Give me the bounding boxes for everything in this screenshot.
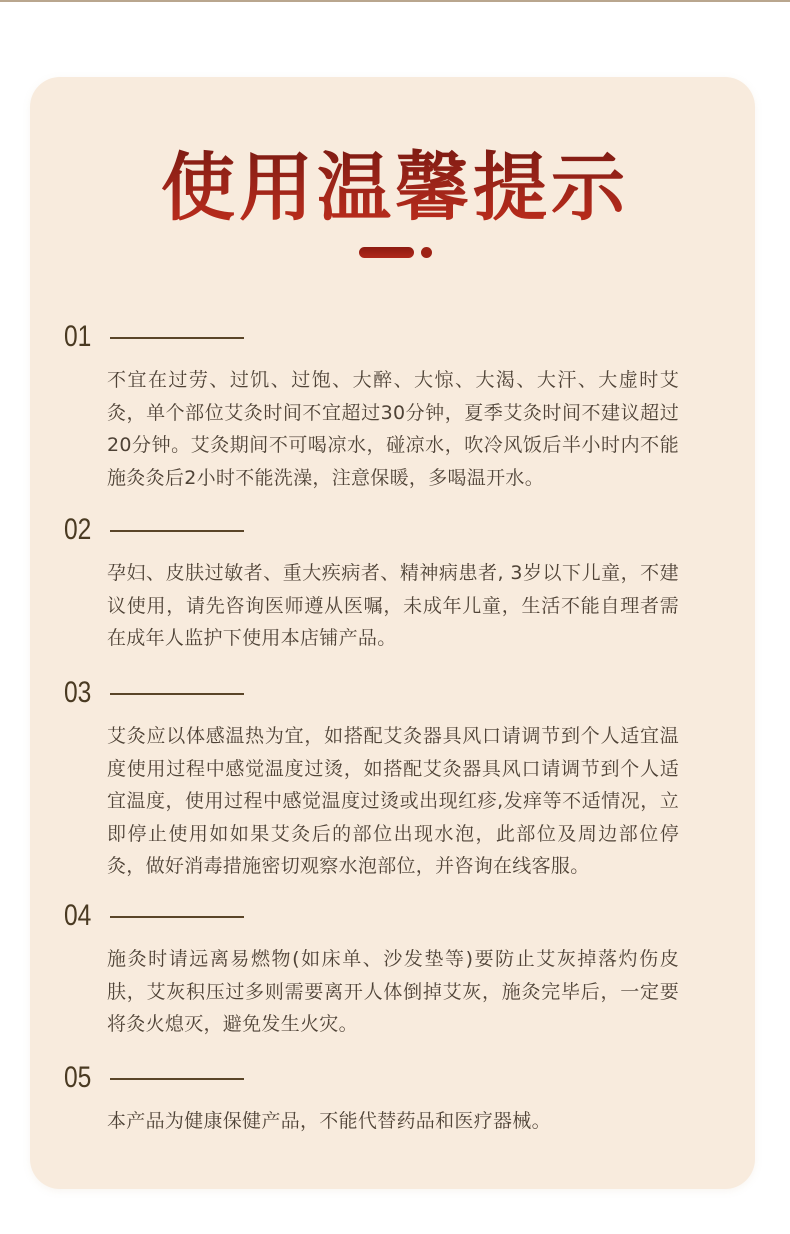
- tip-rule: [110, 337, 244, 339]
- page-title: 使用温馨提示: [0, 143, 790, 233]
- tip-header: 02: [64, 513, 684, 547]
- tip-number: 04: [64, 899, 91, 933]
- tip-header: 04: [64, 899, 684, 933]
- tip-rule: [110, 693, 244, 695]
- tip-text: 不宜在过劳、过饥、过饱、大醉、大惊、大渴、大汗、大虚时艾灸，单个部位艾灸时间不宜…: [107, 364, 679, 494]
- tip-number: 05: [64, 1061, 91, 1095]
- tip-header: 03: [64, 676, 684, 710]
- tip-header: 01: [64, 320, 684, 354]
- tip-rule: [110, 530, 244, 532]
- decoration-dot-icon: [421, 247, 432, 258]
- tip-text: 施灸时请远离易燃物(如床单、沙发垫等)要防止艾灰掉落灼伤皮肤，艾灰积压过多则需要…: [107, 943, 679, 1041]
- tip-item-02: 02 孕妇、皮肤过敏者、重大疾病者、精神病患者, 3岁以下儿童，不建议使用，请先…: [64, 513, 684, 674]
- decoration-bar-icon: [359, 247, 414, 258]
- tip-number: 02: [64, 513, 91, 547]
- tip-number: 01: [64, 320, 91, 354]
- title-decoration: [359, 247, 439, 259]
- tip-number: 03: [64, 676, 91, 710]
- tip-rule: [110, 1078, 244, 1080]
- tip-header: 05: [64, 1061, 684, 1095]
- tip-item-05: 05 本产品为健康保健产品，不能代替药品和医疗器械。: [64, 1061, 684, 1157]
- tip-text: 本产品为健康保健产品，不能代替药品和医疗器械。: [107, 1105, 679, 1138]
- tip-item-03: 03 艾灸应以体感温热为宜，如搭配艾灸器具风口请调节到个人适宜温度使用过程中感觉…: [64, 676, 684, 902]
- top-divider: [0, 0, 790, 2]
- tip-rule: [110, 916, 244, 918]
- tip-text: 艾灸应以体感温热为宜，如搭配艾灸器具风口请调节到个人适宜温度使用过程中感觉温度过…: [107, 720, 679, 883]
- tip-item-01: 01 不宜在过劳、过饥、过饱、大醉、大惊、大渴、大汗、大虚时艾灸，单个部位艾灸时…: [64, 320, 684, 513]
- tip-text: 孕妇、皮肤过敏者、重大疾病者、精神病患者, 3岁以下儿童，不建议使用，请先咨询医…: [107, 557, 679, 655]
- tip-item-04: 04 施灸时请远离易燃物(如床单、沙发垫等)要防止艾灰掉落灼伤皮肤，艾灰积压过多…: [64, 899, 684, 1060]
